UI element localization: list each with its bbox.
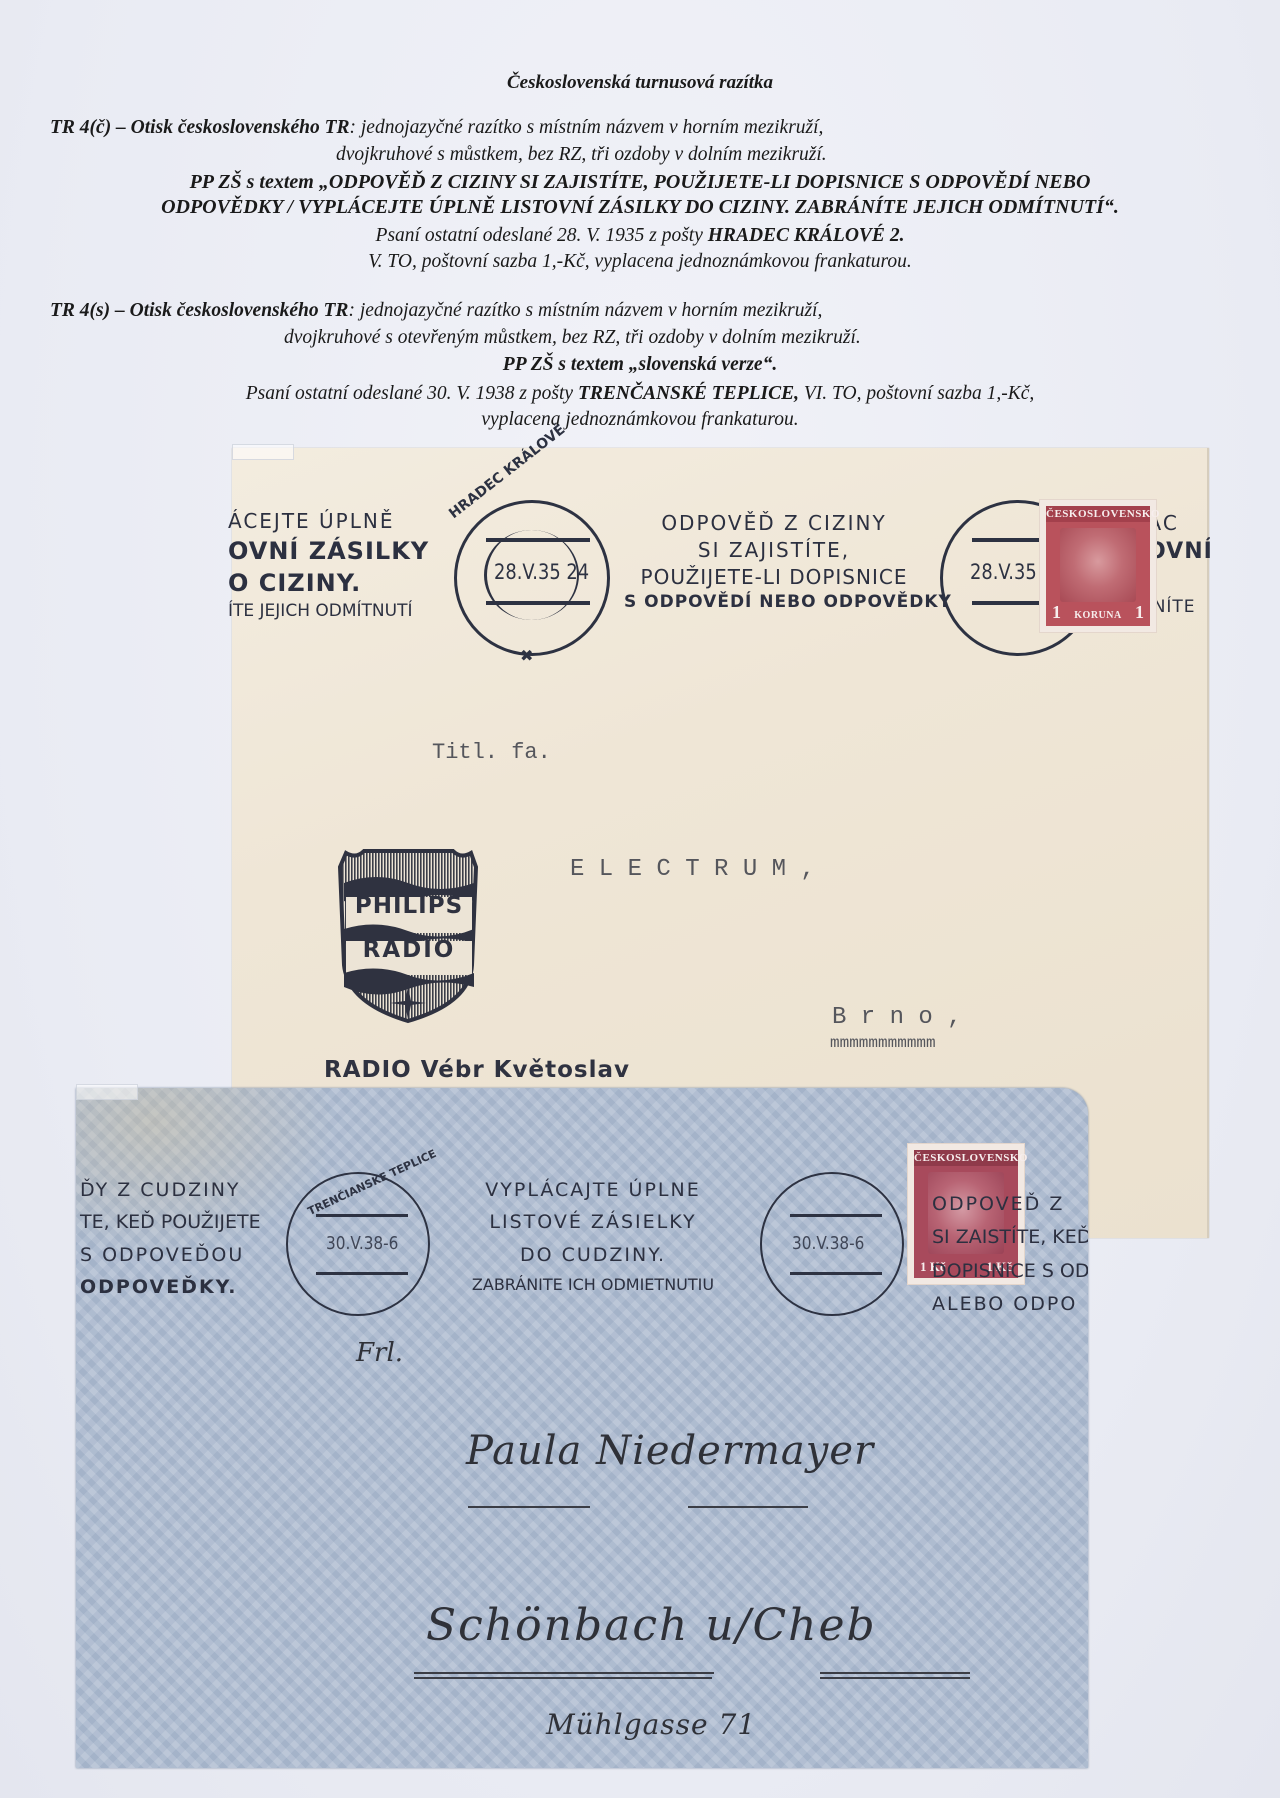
section1-line2: dvojkruhové s můstkem, bez RZ, tři ozdob… — [336, 144, 827, 166]
page-title: Československá turnusová razítka — [0, 72, 1280, 94]
section1-pp-line2: ODPOVĚDKY / VYPLÁCEJTE ÚPLNĚ LISTOVNÍ ZÁ… — [0, 196, 1280, 218]
stamp-1-koruna: ČESKOSLOVENSKO 1 KORUNA 1 — [1040, 500, 1156, 632]
section2-sent: Psaní ostatní odeslané 30. V. 1938 z poš… — [0, 383, 1280, 405]
address-name: Paula Niedermayer — [466, 1428, 874, 1474]
postmark-date: 30.V.38-6 — [326, 1233, 398, 1254]
postmark-ornament: ✖ — [520, 646, 533, 665]
slogan-left: ÁCEJTE ÚPLNĚ OVNÍ ZÁSILKY O CIZINY. ÍTE … — [228, 508, 438, 623]
philips-radio-logo-icon — [336, 845, 481, 1025]
section2-line2: dvojkruhové s otevřeným můstkem, bez RZ,… — [284, 327, 861, 349]
sender-name: RADIO Vébr Květoslav — [324, 1057, 630, 1083]
logo-text-philips: PHILIPS — [346, 893, 472, 919]
section2-pp-line1: PP ZŠ s textem „slovenská verze“. — [0, 354, 1280, 376]
name-underline — [688, 1506, 808, 1508]
stamp-value-row: 1 KORUNA 1 — [1046, 604, 1150, 626]
slogan-center: ODPOVĚĎ Z CIZINY SI ZAJISTÍTE, POUŽIJETE… — [624, 510, 924, 614]
postmark-bar-top — [486, 538, 590, 542]
postmark-bar-top — [316, 1214, 408, 1217]
address-street: Mühlgasse 71 — [546, 1708, 756, 1741]
section1-rate: V. TO, poštovní sazba 1,-Kč, vyplacena j… — [0, 251, 1280, 273]
section2-rate2: vyplacena jednoznámkovou frankaturou. — [0, 409, 1280, 431]
name-underline — [468, 1506, 590, 1508]
postmark-date: 28.V.35 24 — [494, 560, 589, 584]
stamp-country: ČESKOSLOVENSKO — [914, 1150, 1018, 1166]
stamp-country: ČESKOSLOVENSKO — [1046, 506, 1150, 522]
slogan-center: VYPLÁCAJTE ÚPLNE LISTOVÉ ZÁSIELKY DO CUD… — [448, 1174, 738, 1298]
city-underline — [414, 1672, 714, 1674]
address-line-company: E L E C T R U M , — [570, 856, 815, 883]
postmark-date: 30.V.38-6 — [792, 1233, 864, 1254]
portrait-masaryk-icon — [1060, 528, 1136, 602]
address-line-city: B r n o , — [832, 1004, 962, 1031]
address-prefix: Frl. — [356, 1338, 403, 1368]
stamp-value: 1 — [1135, 602, 1144, 623]
address-city: Schönbach u/Cheb — [426, 1600, 877, 1651]
address-line-titl: Titl. fa. — [432, 740, 551, 765]
envelope-trencianske-teplice: ĎY Z CUDZINY TE, KEĎ POUŽIJETE S ODPOVEĎ… — [76, 1088, 1088, 1768]
city-underline — [414, 1677, 712, 1679]
address-line-underline: mmmmmmmmmmm — [830, 1034, 936, 1052]
postmark-bar-bottom — [790, 1272, 882, 1275]
stamp-face: ČESKOSLOVENSKO 1 KORUNA 1 — [1046, 506, 1150, 626]
logo-text-radio: RADIO — [346, 937, 472, 963]
slogan-right: ODPOVEĎ Z SI ZAISTÍTE, KEĎ DOPISNICE S O… — [932, 1188, 1088, 1321]
section1-pp-line1: PP ZŠ s textem „ODPOVĚĎ Z CIZINY SI ZAJI… — [0, 171, 1280, 193]
section1-heading: TR 4(č) – Otisk československého TR: jed… — [50, 117, 823, 139]
mount-corner — [76, 1084, 138, 1100]
postmark-bar-bottom — [316, 1272, 408, 1275]
section1-sent: Psaní ostatní odeslané 28. V. 1935 z poš… — [0, 225, 1280, 247]
city-underline — [820, 1672, 970, 1674]
section2-heading: TR 4(s) – Otisk československého TR: jed… — [50, 300, 822, 322]
mount-corner — [232, 444, 294, 460]
city-underline — [820, 1677, 970, 1679]
slogan-left: ĎY Z CUDZINY TE, KEĎ POUŽIJETE S ODPOVEĎ… — [80, 1174, 280, 1303]
postmark-bar-bottom — [486, 601, 590, 605]
postmark-bar-top — [790, 1214, 882, 1217]
